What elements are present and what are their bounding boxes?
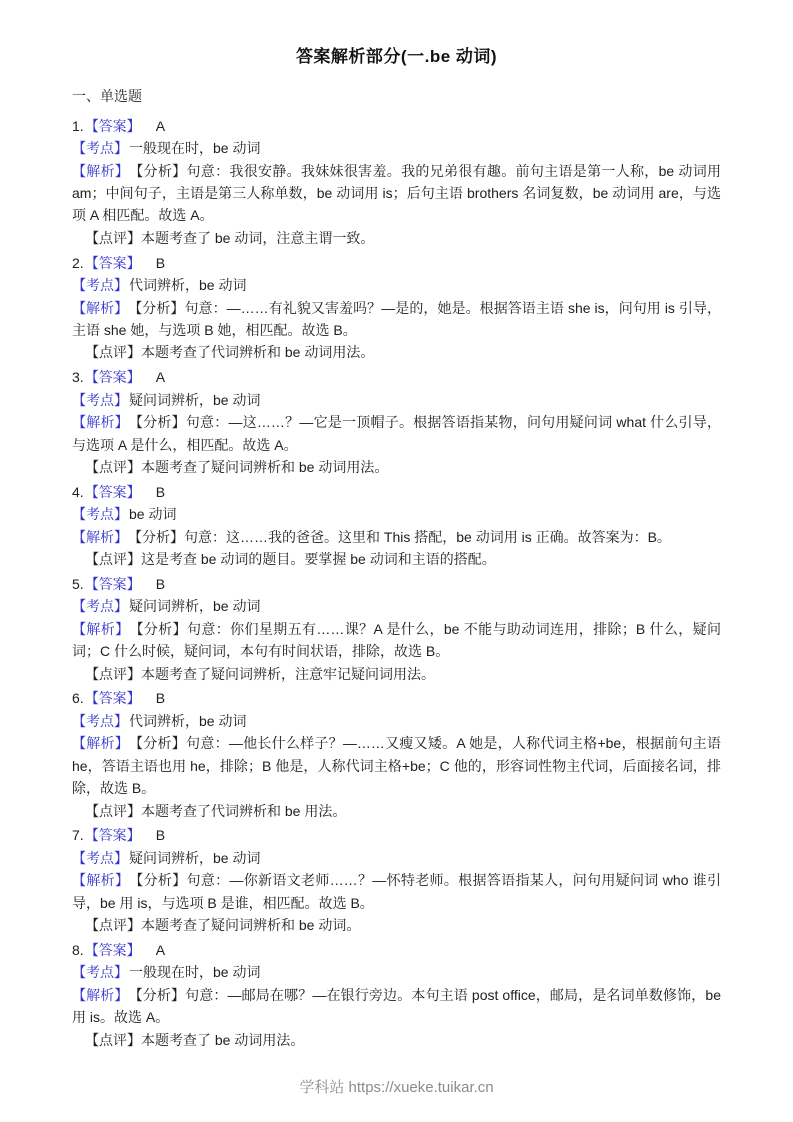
kaodian-tag: 【考点】 [72,713,128,729]
answer-tag: 【答案】 [85,369,141,385]
question-number: 8. [72,942,84,958]
answer-line: 6.【答案】B [72,687,721,709]
answer-value: A [156,942,165,958]
answer-line: 2.【答案】B [72,252,721,274]
answer-line: 4.【答案】B [72,481,721,503]
jiexi-paragraph: 【解析】【分析】句意：—你新语文老师……？—怀特老师。根据答语指某人，问句用疑问… [72,869,721,914]
question-block-3: 3.【答案】A 【考点】疑问词辨析，be 动词 【解析】【分析】句意：—这……？… [72,366,721,478]
answer-tag: 【答案】 [85,255,141,271]
dianping-tag: 【点评】 [85,803,141,819]
jiexi-tag: 【解析】 [72,300,128,316]
dianping-tag: 【点评】 [85,344,141,360]
question-number: 2. [72,255,84,271]
dianping-line: 【点评】本题考查了 be 动词，注意主谓一致。 [72,227,721,249]
dianping-tag: 【点评】 [85,917,141,933]
document-page: 答案解析部分(一.be 动词) 一、单选题 1.【答案】A 【考点】一般现在时，… [0,0,793,1122]
answer-line: 7.【答案】B [72,824,721,846]
jiexi-paragraph: 【解析】【分析】句意：我很安静。我妹妹很害羞。我的兄弟很有趣。前句主语是第一人称… [72,160,721,227]
jiexi-tag: 【解析】 [72,987,129,1003]
jiexi-paragraph: 【解析】【分析】句意：—邮局在哪？—在银行旁边。本句主语 post office… [72,984,721,1029]
kaodian-line: 【考点】代词辨析，be 动词 [72,274,721,296]
dianping-tag: 【点评】 [85,551,141,567]
dianping-text: 这是考查 be 动词的题目。要掌握 be 动词和主语的搭配。 [141,551,496,567]
kaodian-text: 疑问词辨析，be 动词 [129,392,260,408]
kaodian-tag: 【考点】 [72,964,128,980]
kaodian-text: 代词辨析，be 动词 [129,277,246,293]
question-number: 1. [72,118,84,134]
question-number: 3. [72,369,84,385]
question-block-2: 2.【答案】B 【考点】代词辨析，be 动词 【解析】【分析】句意：—……有礼貌… [72,252,721,364]
kaodian-tag: 【考点】 [72,140,128,156]
answer-line: 8.【答案】A [72,939,721,961]
jiexi-paragraph: 【解析】【分析】句意：—……有礼貌又害羞吗？—是的，她是。根据答语主语 she … [72,297,721,342]
kaodian-line: 【考点】一般现在时，be 动词 [72,137,721,159]
jiexi-tag: 【解析】 [72,529,128,545]
dianping-text: 本题考查了疑问词辨析和 be 动词用法。 [141,459,388,475]
question-block-7: 7.【答案】B 【考点】疑问词辨析，be 动词 【解析】【分析】句意：—你新语文… [72,824,721,936]
jiexi-text: 【分析】句意：—……有礼貌又害羞吗？—是的，她是。根据答语主语 she is，问… [72,300,721,338]
dianping-text: 本题考查了 be 动词，注意主谓一致。 [141,230,374,246]
dianping-text: 本题考查了疑问词辨析，注意牢记疑问词用法。 [141,666,435,682]
question-number: 5. [72,576,84,592]
dianping-line: 【点评】本题考查了代词辨析和 be 动词用法。 [72,341,721,363]
jiexi-text: 【分析】句意：你们星期五有……课？A 是什么，be 不能与助动词连用，排除；B … [72,621,721,659]
answer-value: A [156,369,165,385]
site-watermark: 学科站 https://xueke.tuikar.cn [72,1077,721,1099]
dianping-text: 本题考查了代词辨析和 be 用法。 [141,803,346,819]
kaodian-text: 疑问词辨析，be 动词 [129,598,260,614]
kaodian-line: 【考点】疑问词辨析，be 动词 [72,595,721,617]
jiexi-text: 【分析】句意：—你新语文老师……？—怀特老师。根据答语指某人，问句用疑问词 wh… [72,872,721,910]
answer-line: 3.【答案】A [72,366,721,388]
jiexi-paragraph: 【解析】【分析】句意：你们星期五有……课？A 是什么，be 不能与助动词连用，排… [72,618,721,663]
kaodian-tag: 【考点】 [72,277,128,293]
question-block-5: 5.【答案】B 【考点】疑问词辨析，be 动词 【解析】【分析】句意：你们星期五… [72,573,721,685]
answer-value: B [156,255,165,271]
jiexi-text: 【分析】句意：这……我的爸爸。这里和 This 搭配，be 动词用 is 正确。… [135,529,671,545]
kaodian-line: 【考点】be 动词 [72,503,721,525]
question-number: 6. [72,690,84,706]
jiexi-paragraph: 【解析】【分析】句意：—他长什么样子？—……又瘦又矮。A 她是，人称代词主格+b… [72,732,721,799]
answer-value: B [156,690,165,706]
dianping-tag: 【点评】 [85,230,141,246]
dianping-line: 【点评】本题考查了代词辨析和 be 用法。 [72,800,721,822]
kaodian-text: 疑问词辨析，be 动词 [129,850,260,866]
question-block-8: 8.【答案】A 【考点】一般现在时，be 动词 【解析】【分析】句意：—邮局在哪… [72,939,721,1051]
dianping-line: 【点评】这是考查 be 动词的题目。要掌握 be 动词和主语的搭配。 [72,548,721,570]
answer-value: A [156,118,165,134]
dianping-text: 本题考查了代词辨析和 be 动词用法。 [141,344,374,360]
kaodian-text: 一般现在时，be 动词 [129,140,260,156]
question-block-6: 6.【答案】B 【考点】代词辨析，be 动词 【解析】【分析】句意：—他长什么样… [72,687,721,821]
kaodian-tag: 【考点】 [72,850,128,866]
kaodian-text: 代词辨析，be 动词 [129,713,246,729]
dianping-text: 本题考查了疑问词辨析和 be 动词。 [141,917,360,933]
jiexi-paragraph: 【解析】【分析】句意：这……我的爸爸。这里和 This 搭配，be 动词用 is… [72,526,721,548]
kaodian-tag: 【考点】 [72,598,128,614]
dianping-tag: 【点评】 [85,1032,141,1048]
jiexi-tag: 【解析】 [72,735,129,751]
dianping-line: 【点评】本题考查了疑问词辨析和 be 动词用法。 [72,456,721,478]
dianping-text: 本题考查了 be 动词用法。 [141,1032,304,1048]
answer-tag: 【答案】 [85,827,141,843]
kaodian-line: 【考点】疑问词辨析，be 动词 [72,389,721,411]
dianping-line: 【点评】本题考查了疑问词辨析和 be 动词。 [72,914,721,936]
kaodian-text: be 动词 [129,506,176,522]
question-block-1: 1.【答案】A 【考点】一般现在时，be 动词 【解析】【分析】句意：我很安静。… [72,115,721,249]
jiexi-text: 【分析】句意：—他长什么样子？—……又瘦又矮。A 她是，人称代词主格+be，根据… [72,735,721,796]
kaodian-tag: 【考点】 [72,392,128,408]
dianping-tag: 【点评】 [85,459,141,475]
section-heading: 一、单选题 [72,85,721,107]
jiexi-tag: 【解析】 [72,872,129,888]
dianping-line: 【点评】本题考查了 be 动词用法。 [72,1029,721,1051]
answer-tag: 【答案】 [85,118,141,134]
kaodian-line: 【考点】疑问词辨析，be 动词 [72,847,721,869]
dianping-tag: 【点评】 [85,666,141,682]
answer-line: 1.【答案】A [72,115,721,137]
answer-line: 5.【答案】B [72,573,721,595]
jiexi-tag: 【解析】 [72,621,130,637]
answer-value: B [156,484,165,500]
jiexi-tag: 【解析】 [72,414,129,430]
page-title: 答案解析部分(一.be 动词) [72,46,721,68]
jiexi-text: 【分析】句意：—邮局在哪？—在银行旁边。本句主语 post office，邮局，… [72,987,721,1025]
question-number: 4. [72,484,84,500]
kaodian-line: 【考点】代词辨析，be 动词 [72,710,721,732]
kaodian-line: 【考点】一般现在时，be 动词 [72,961,721,983]
jiexi-tag: 【解析】 [72,163,129,179]
answer-value: B [156,827,165,843]
dianping-line: 【点评】本题考查了疑问词辨析，注意牢记疑问词用法。 [72,663,721,685]
jiexi-text: 【分析】句意：我很安静。我妹妹很害羞。我的兄弟很有趣。前句主语是第一人称，be … [72,163,721,224]
answer-tag: 【答案】 [85,942,141,958]
jiexi-text: 【分析】句意：—这……？—它是一顶帽子。根据答语指某物，问句用疑问词 what … [72,414,721,452]
answer-tag: 【答案】 [85,690,141,706]
question-list: 1.【答案】A 【考点】一般现在时，be 动词 【解析】【分析】句意：我很安静。… [72,115,721,1051]
question-block-4: 4.【答案】B 【考点】be 动词 【解析】【分析】句意：这……我的爸爸。这里和… [72,481,721,571]
kaodian-tag: 【考点】 [72,506,128,522]
answer-tag: 【答案】 [85,576,141,592]
question-number: 7. [72,827,84,843]
jiexi-paragraph: 【解析】【分析】句意：—这……？—它是一顶帽子。根据答语指某物，问句用疑问词 w… [72,411,721,456]
kaodian-text: 一般现在时，be 动词 [129,964,260,980]
answer-tag: 【答案】 [85,484,141,500]
document-body: 答案解析部分(一.be 动词) 一、单选题 1.【答案】A 【考点】一般现在时，… [0,0,793,1099]
answer-value: B [156,576,165,592]
